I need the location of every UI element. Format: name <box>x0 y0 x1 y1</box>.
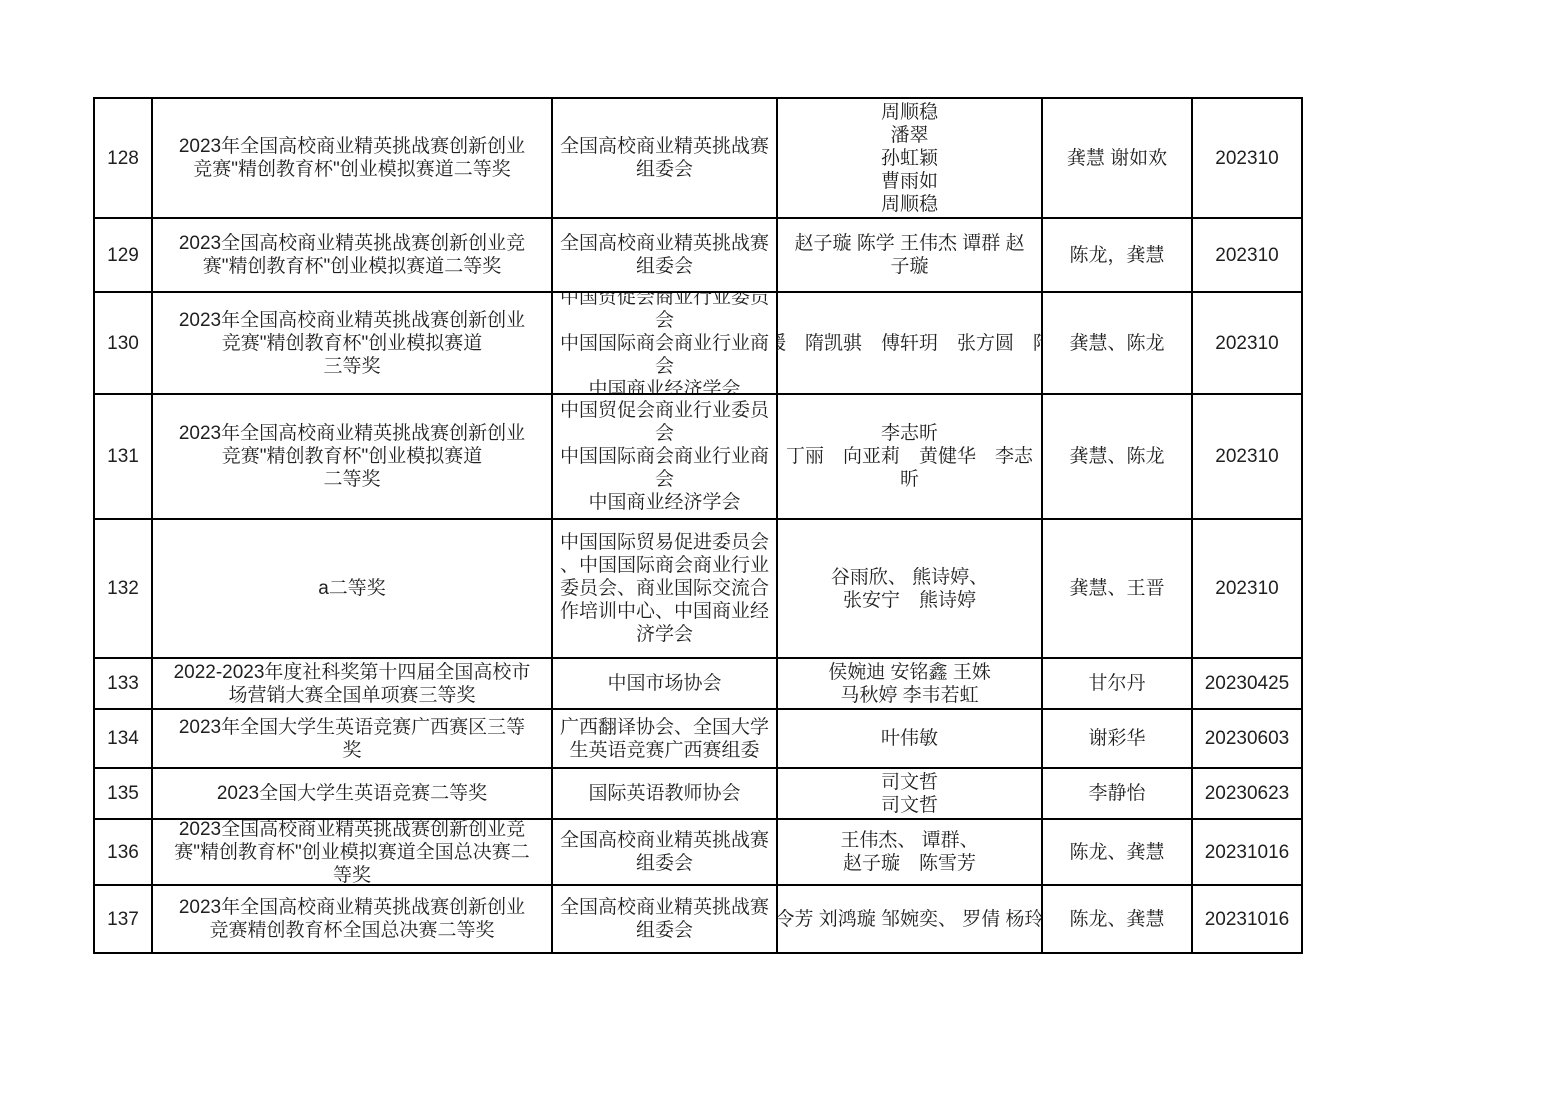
cell-date: 202310 <box>1193 219 1303 293</box>
cell-award-name: 2023年全国大学生英语竞赛广西赛区三等 奖 <box>153 710 553 769</box>
cell-winners: 谷雨欣、 熊诗婷、 张安宁 熊诗婷 <box>778 520 1043 659</box>
cell-advisors: 龚慧、陈龙 <box>1043 395 1193 520</box>
cell-row-number: 129 <box>95 219 153 293</box>
cell-date: 202310 <box>1193 520 1303 659</box>
cell-winners: 赵子璇 陈学 王伟杰 谭群 赵 子璇 <box>778 219 1043 293</box>
cell-advisors: 陈龙、龚慧 <box>1043 886 1193 954</box>
cell-organizer: 中国国际贸易促进委员会 、中国国际商会商业行业 委员会、商业国际交流合 作培训中… <box>553 520 778 659</box>
cell-organizer: 中国贸促会商业行业委员 会 中国国际商会商业行业商 会 中国商业经济学会 <box>553 293 778 395</box>
cell-date: 20230425 <box>1193 659 1303 710</box>
cell-organizer: 全国高校商业精英挑战赛 组委会 <box>553 99 778 219</box>
cell-row-number: 135 <box>95 769 153 820</box>
cell-row-number: 132 <box>95 520 153 659</box>
cell-date: 202310 <box>1193 293 1303 395</box>
cell-date: 20231016 <box>1193 820 1303 886</box>
cell-award-name: 2022-2023年度社科奖第十四届全国高校市 场营销大赛全国单项赛三等奖 <box>153 659 553 710</box>
cell-organizer: 国际英语教师协会 <box>553 769 778 820</box>
cell-row-number: 137 <box>95 886 153 954</box>
cell-organizer: 全国高校商业精英挑战赛 组委会 <box>553 820 778 886</box>
document-page: 128 2023年全国高校商业精英挑战赛创新创业 竞赛"精创教育杯"创业模拟赛道… <box>0 0 1559 1102</box>
cell-advisors: 甘尔丹 <box>1043 659 1193 710</box>
cell-award-name: 2023全国高校商业精英挑战赛创新创业竞 赛"精创教育杯"创业模拟赛道全国总决赛… <box>153 820 553 886</box>
cell-advisors: 李静怡 <box>1043 769 1193 820</box>
cell-date: 202310 <box>1193 395 1303 520</box>
cell-award-name: 2023年全国高校商业精英挑战赛创新创业 竞赛精创教育杯全国总决赛二等奖 <box>153 886 553 954</box>
cell-advisors: 龚慧、王晋 <box>1043 520 1193 659</box>
cell-advisors: 陈龙、龚慧 <box>1043 820 1193 886</box>
cell-winners: 周顺稳 潘翠 孙虹颖 曹雨如 周顺稳 <box>778 99 1043 219</box>
cell-advisors: 龚慧、陈龙 <box>1043 293 1193 395</box>
cell-winners: 司文哲 司文哲 <box>778 769 1043 820</box>
awards-table: 128 2023年全国高校商业精英挑战赛创新创业 竞赛"精创教育杯"创业模拟赛道… <box>93 97 1303 954</box>
cell-award-name: 2023年全国高校商业精英挑战赛创新创业 竞赛"精创教育杯"创业模拟赛道二等奖 <box>153 99 553 219</box>
cell-award-name: 2023全国大学生英语竞赛二等奖 <box>153 769 553 820</box>
cell-row-number: 131 <box>95 395 153 520</box>
cell-award-name: a二等奖 <box>153 520 553 659</box>
cell-award-name: 2023全国高校商业精英挑战赛创新创业竞 赛"精创教育杯"创业模拟赛道二等奖 <box>153 219 553 293</box>
cell-organizer: 全国高校商业精英挑战赛 组委会 <box>553 886 778 954</box>
cell-row-number: 128 <box>95 99 153 219</box>
cell-winners: 王伟杰、 谭群、 赵子璇 陈雪芳 <box>778 820 1043 886</box>
cell-date: 202310 <box>1193 99 1303 219</box>
cell-date: 20230603 <box>1193 710 1303 769</box>
cell-winners: 令芳 刘鸿璇 邹婉奕、 罗倩 杨玲 <box>778 886 1043 954</box>
cell-row-number: 130 <box>95 293 153 395</box>
cell-advisors: 陈龙，龚慧 <box>1043 219 1193 293</box>
cell-advisors: 谢彩华 <box>1043 710 1193 769</box>
cell-winners: 侯婉迪 安铭鑫 王姝 马秋婷 李韦若虹 <box>778 659 1043 710</box>
cell-winners: 叶伟敏 <box>778 710 1043 769</box>
cell-winners: 李志昕 丁丽 向亚莉 黄健华 李志 昕 <box>778 395 1043 520</box>
cell-date: 20231016 <box>1193 886 1303 954</box>
cell-date: 20230623 <box>1193 769 1303 820</box>
cell-row-number: 134 <box>95 710 153 769</box>
cell-award-name: 2023年全国高校商业精英挑战赛创新创业 竞赛"精创教育杯"创业模拟赛道 二等奖 <box>153 395 553 520</box>
cell-winners: 媛 隋凯骐 傅轩玥 张方圆 隋 <box>778 293 1043 395</box>
cell-organizer: 中国贸促会商业行业委员 会 中国国际商会商业行业商 会 中国商业经济学会 <box>553 395 778 520</box>
cell-organizer: 中国市场协会 <box>553 659 778 710</box>
cell-row-number: 136 <box>95 820 153 886</box>
cell-advisors: 龚慧 谢如欢 <box>1043 99 1193 219</box>
cell-award-name: 2023年全国高校商业精英挑战赛创新创业 竞赛"精创教育杯"创业模拟赛道 三等奖 <box>153 293 553 395</box>
cell-organizer: 广西翻译协会、全国大学 生英语竞赛广西赛组委 <box>553 710 778 769</box>
cell-organizer: 全国高校商业精英挑战赛 组委会 <box>553 219 778 293</box>
cell-row-number: 133 <box>95 659 153 710</box>
